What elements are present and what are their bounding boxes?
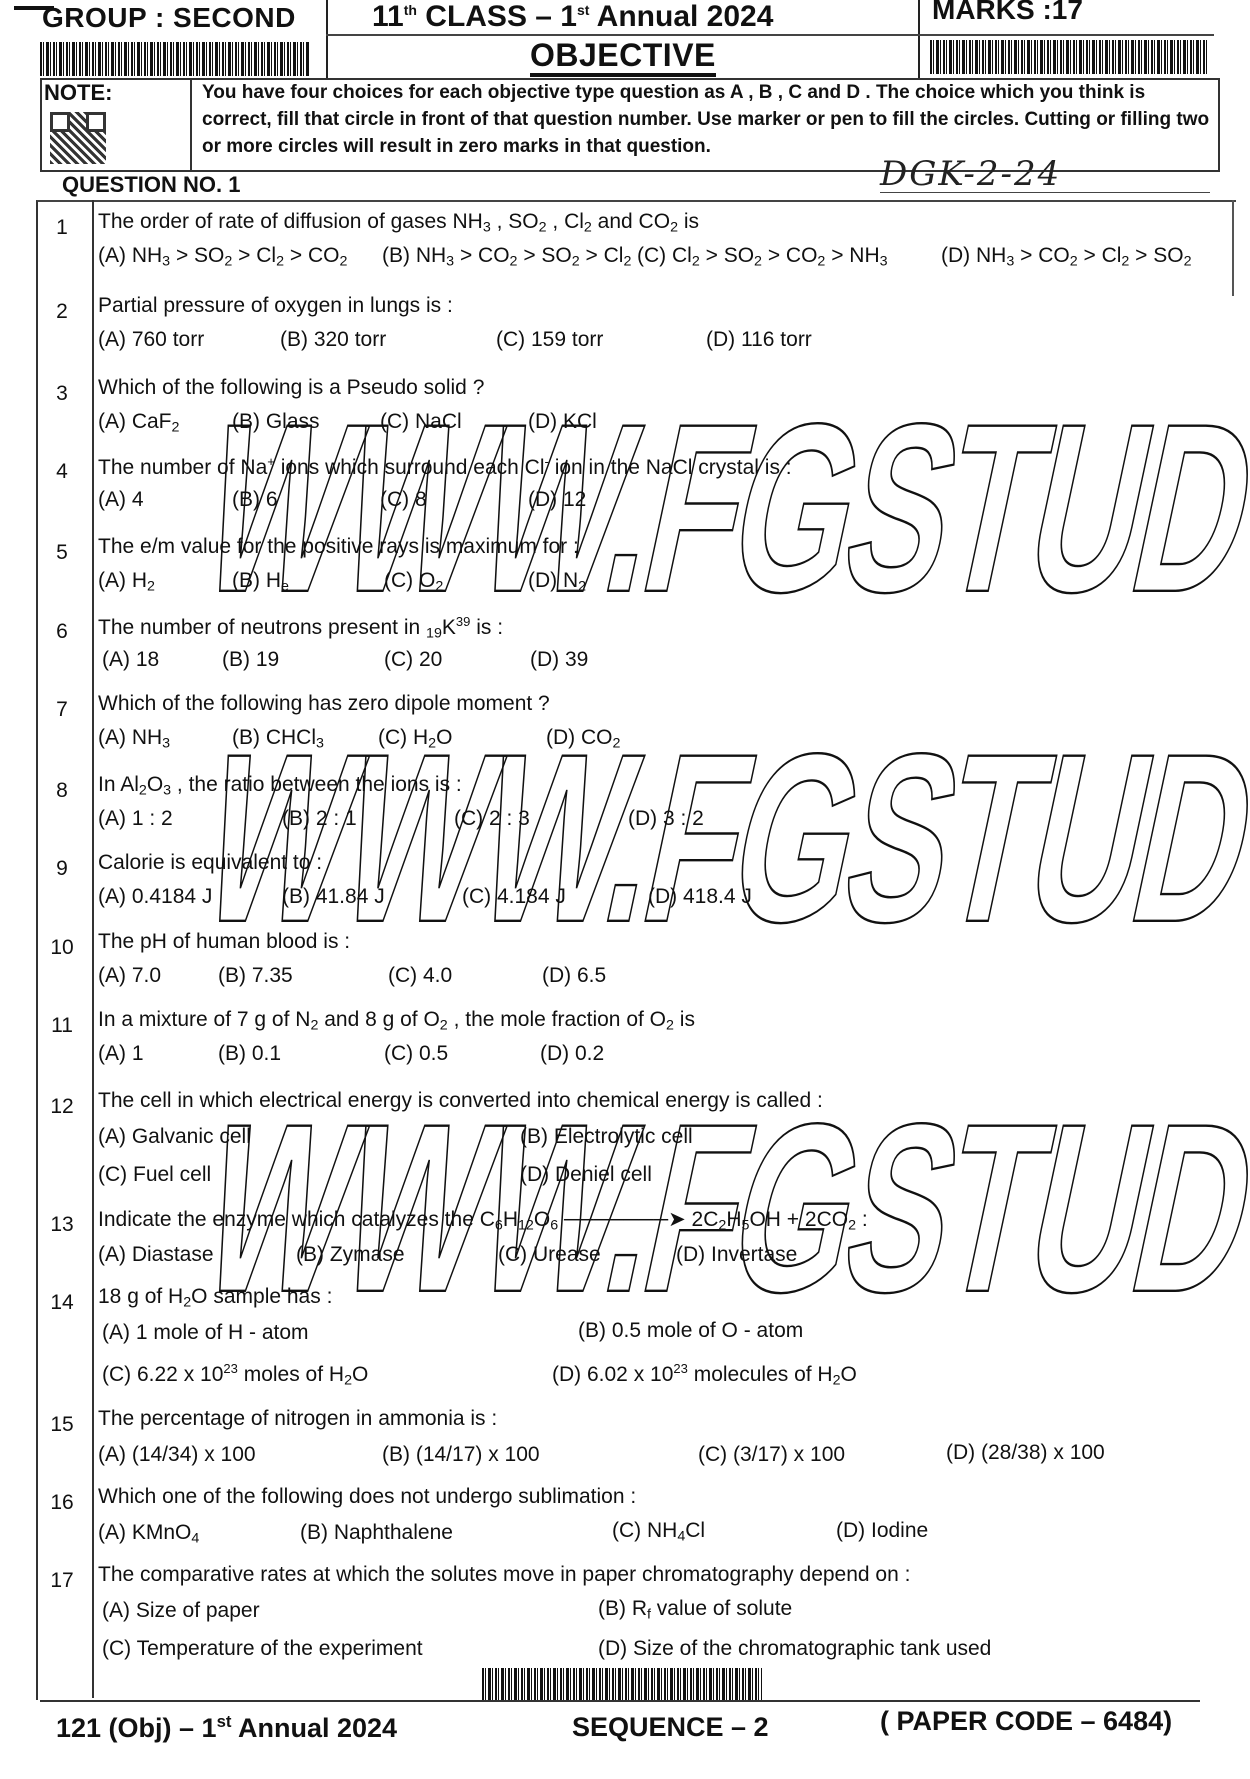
question-text: Calorie is equivalent to :: [98, 851, 322, 875]
answer-option[interactable]: (B) Glass: [232, 410, 320, 434]
answer-option[interactable]: (D) Deniel cell: [520, 1163, 652, 1187]
question-text: In a mixture of 7 g of N2 and 8 g of O2 …: [98, 1008, 695, 1034]
answer-option[interactable]: (D) 0.2: [540, 1042, 604, 1066]
answer-option[interactable]: (B) 2 : 1: [282, 807, 357, 831]
answer-option[interactable]: (C) (3/17) x 100: [698, 1443, 845, 1467]
question-text: The e/m value for the positive rays is m…: [98, 535, 579, 559]
answer-option[interactable]: (A) (14/34) x 100: [98, 1443, 256, 1467]
answer-option[interactable]: (A) 7.0: [98, 964, 161, 988]
question-number: 10: [36, 936, 88, 960]
answer-option[interactable]: (D) 12: [528, 488, 586, 512]
answer-option[interactable]: (B) Electrolytic cell: [520, 1125, 693, 1149]
question-text: The order of rate of diffusion of gases …: [98, 210, 699, 236]
header-divider: [326, 0, 328, 80]
answer-option[interactable]: (C) Temperature of the experiment: [102, 1637, 423, 1661]
question-text: Which of the following is a Pseudo solid…: [98, 376, 484, 400]
question-number: 2: [36, 300, 88, 324]
answer-option[interactable]: (B) 0.5 mole of O - atom: [578, 1319, 803, 1343]
question-text: In Al2O3 , the ratio between the ions is…: [98, 773, 462, 799]
answer-option[interactable]: (D) 39: [530, 648, 588, 672]
answer-option[interactable]: (A) Diastase: [98, 1243, 214, 1267]
number-column-divider: [92, 200, 94, 1698]
answer-option[interactable]: (A) Size of paper: [102, 1599, 260, 1623]
answer-option[interactable]: (A) 1: [98, 1042, 144, 1066]
answer-option[interactable]: (D) 6.02 x 1023 molecules of H2O: [552, 1361, 857, 1389]
answer-option[interactable]: (A) Galvanic cell: [98, 1125, 251, 1149]
answer-option[interactable]: (C) H2O: [378, 726, 452, 752]
answer-option[interactable]: (B) Rf value of solute: [598, 1597, 792, 1623]
footer-rule: [40, 1700, 1200, 1702]
question-text: The percentage of nitrogen in ammonia is…: [98, 1407, 497, 1431]
answer-option[interactable]: (A) 18: [102, 648, 159, 672]
answer-option[interactable]: (D) Iodine: [836, 1519, 928, 1543]
handwritten-note: DGK-2-24: [880, 154, 1061, 194]
question-text: The number of neutrons present in 19K39 …: [98, 614, 503, 642]
question-text: The pH of human blood is :: [98, 930, 350, 954]
header-rule: [918, 34, 1214, 36]
question-text: Which of the following has zero dipole m…: [98, 692, 550, 716]
answer-option[interactable]: (B) Zymase: [296, 1243, 405, 1267]
answer-option[interactable]: (C) Cl2 > SO2 > CO2 > NH3: [637, 244, 888, 270]
answer-option[interactable]: (D) KCl: [528, 410, 597, 434]
footer-code: 121 (Obj) – 1st Annual 2024: [56, 1712, 397, 1744]
answer-option[interactable]: (A) 0.4184 J: [98, 885, 212, 909]
answer-option[interactable]: (C) 159 torr: [496, 328, 603, 352]
answer-option[interactable]: (B) (14/17) x 100: [382, 1443, 540, 1467]
class-title: 11th CLASS – 1st Annual 2024: [372, 0, 773, 34]
answer-option[interactable]: (C) 4.184 J: [462, 885, 566, 909]
answer-option[interactable]: (B) 7.35: [218, 964, 293, 988]
answer-option[interactable]: (C) NaCl: [380, 410, 462, 434]
header-divider: [918, 0, 920, 80]
answer-option[interactable]: (C) 8: [380, 488, 427, 512]
question-number: 8: [36, 779, 88, 803]
answer-option[interactable]: (B) 320 torr: [280, 328, 386, 352]
answer-option[interactable]: (B) 0.1: [218, 1042, 281, 1066]
footer-paper-code: ( PAPER CODE – 6484): [880, 1706, 1172, 1737]
table-right-border: [1232, 200, 1234, 296]
question-text: Partial pressure of oxygen in lungs is :: [98, 294, 453, 318]
answer-option[interactable]: (B) CHCl3: [232, 726, 324, 752]
answer-option[interactable]: (B) Naphthalene: [300, 1521, 453, 1545]
answer-option[interactable]: (B) NH3 > CO2 > SO2 > Cl2: [382, 244, 631, 270]
answer-option[interactable]: (D) N2: [528, 569, 586, 595]
answer-option[interactable]: (A) KMnO4: [98, 1521, 199, 1547]
question-number: 14: [36, 1291, 88, 1315]
question-number: 3: [36, 382, 88, 406]
group-label: GROUP : SECOND: [42, 2, 296, 34]
section-title: OBJECTIVE: [530, 37, 716, 77]
answer-option[interactable]: (A) H2: [98, 569, 155, 595]
answer-option[interactable]: (D) 3 : 2: [628, 807, 704, 831]
question-number: 16: [36, 1491, 88, 1515]
answer-option[interactable]: (C) 4.0: [388, 964, 452, 988]
answer-option[interactable]: (B) 6: [232, 488, 278, 512]
barcode-left: [40, 42, 310, 76]
answer-option[interactable]: (D) 116 torr: [706, 328, 812, 352]
question-text: Indicate the enzyme which catalyzes the …: [98, 1207, 868, 1234]
barcode-right: [930, 40, 1208, 74]
answer-option[interactable]: (C) 2 : 3: [454, 807, 530, 831]
question-number: 4: [36, 460, 88, 484]
footer-sequence: SEQUENCE – 2: [572, 1712, 769, 1743]
answer-option[interactable]: (A) 4: [98, 488, 144, 512]
note-label: NOTE:: [44, 80, 112, 106]
question-text: The cell in which electrical energy is c…: [98, 1089, 823, 1113]
answer-option[interactable]: (A) NH3: [98, 726, 170, 752]
answer-option[interactable]: (D) 418.4 J: [648, 885, 752, 909]
question-text: 18 g of H2O sample has :: [98, 1285, 332, 1311]
answer-option[interactable]: (D) 6.5: [542, 964, 606, 988]
answer-option[interactable]: (B) 19: [222, 648, 279, 672]
question-number: 9: [36, 857, 88, 881]
answer-option[interactable]: (B) He: [232, 569, 289, 595]
question-heading: QUESTION NO. 1: [62, 172, 240, 198]
marks-label: MARKS :17: [932, 0, 1083, 26]
question-number: 1: [36, 216, 88, 240]
note-divider: [190, 78, 192, 170]
question-text: Which one of the following does not unde…: [98, 1485, 636, 1509]
question-number: 15: [36, 1413, 88, 1437]
question-number: 17: [36, 1569, 88, 1593]
question-number: 5: [36, 541, 88, 565]
answer-option[interactable]: (A) 760 torr: [98, 328, 204, 352]
answer-option[interactable]: (C) NH4Cl: [612, 1519, 705, 1545]
answer-option[interactable]: (D) CO2: [546, 726, 620, 752]
note-text: You have four choices for each objective…: [202, 79, 1212, 160]
handwritten-underline: [880, 192, 1210, 193]
answer-option[interactable]: (B) 41.84 J: [282, 885, 385, 909]
answer-option[interactable]: (A) 1 mole of H - atom: [102, 1321, 309, 1345]
answer-option[interactable]: (C) 20: [384, 648, 442, 672]
qr-code-icon: [50, 112, 106, 164]
answer-option[interactable]: (C) Urease: [498, 1243, 601, 1267]
question-number: 6: [36, 620, 88, 644]
answer-option[interactable]: (C) 6.22 x 1023 moles of H2O: [102, 1361, 368, 1389]
barcode-bottom: [482, 1668, 762, 1700]
question-number: 12: [36, 1095, 88, 1119]
question-text: The comparative rates at which the solut…: [98, 1563, 910, 1587]
answer-option[interactable]: (C) O2: [384, 569, 443, 595]
answer-option[interactable]: (D) NH3 > CO2 > Cl2 > SO2: [941, 244, 1192, 270]
answer-option[interactable]: (D) Size of the chromatographic tank use…: [598, 1637, 991, 1661]
question-number: 11: [36, 1014, 88, 1038]
answer-option[interactable]: (A) NH3 > SO2 > Cl2 > CO2: [98, 244, 347, 270]
answer-option[interactable]: (C) Fuel cell: [98, 1163, 211, 1187]
answer-option[interactable]: (D) Invertase: [676, 1243, 797, 1267]
question-text: The number of Na+ ions which surround ea…: [98, 454, 792, 480]
answer-option[interactable]: (C) 0.5: [384, 1042, 448, 1066]
answer-option[interactable]: (A) 1 : 2: [98, 807, 173, 831]
answer-option[interactable]: (A) CaF2: [98, 410, 179, 436]
question-number: 7: [36, 698, 88, 722]
answer-option[interactable]: (D) (28/38) x 100: [946, 1441, 1105, 1465]
question-number: 13: [36, 1213, 88, 1237]
